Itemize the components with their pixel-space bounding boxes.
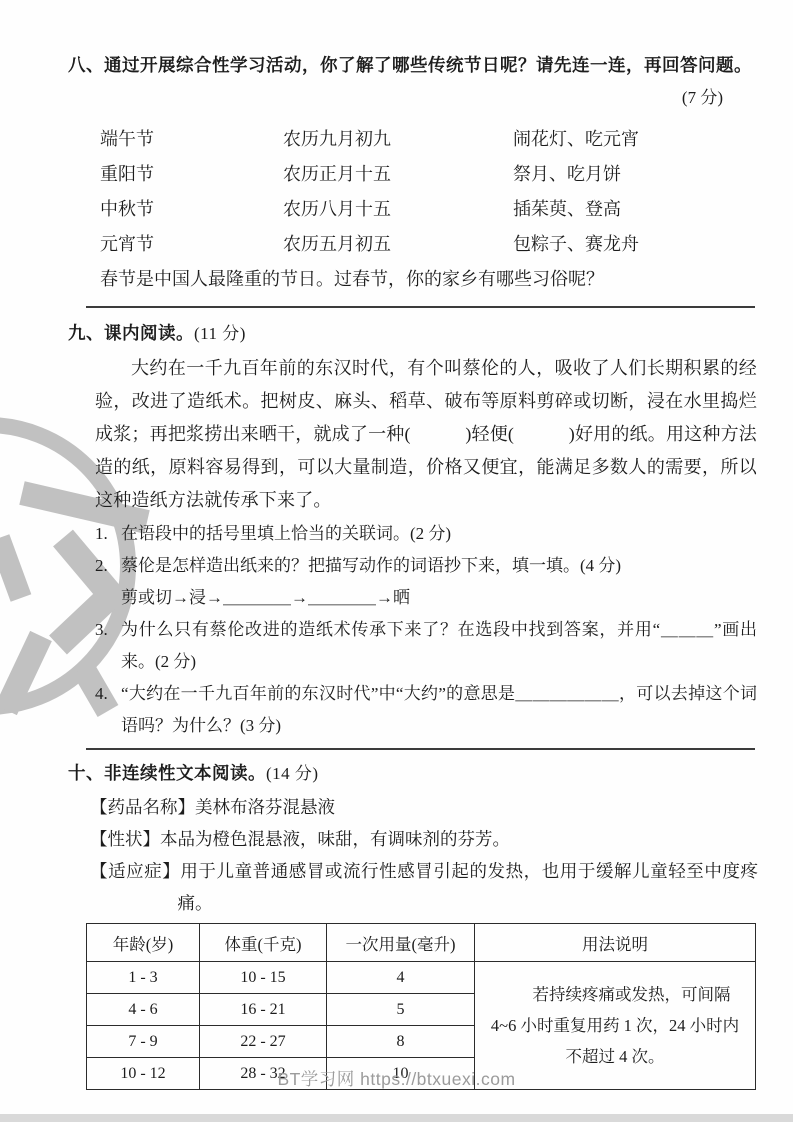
section9-title-text: 九、课内阅读。: [68, 323, 194, 343]
page-bottom-edge: [0, 1114, 793, 1122]
question-list: 1. 在语段中的括号里填上恰当的关联词。(2 分) 2. 蔡伦是怎样造出纸来的？…: [68, 518, 755, 742]
question-number: 1.: [95, 518, 121, 550]
cell-usage-note: 若持续疼痛或发热，可间隔 4~6 小时重复用药 1 次，24 小时内不超过 4 …: [475, 962, 756, 1090]
col-header-dose: 一次用量(毫升): [327, 924, 475, 962]
lunar-date: 农历八月十五: [283, 192, 513, 227]
dosage-table: 年龄(岁) 体重(千克) 一次用量(毫升) 用法说明 1 - 3 10 - 15…: [86, 923, 756, 1090]
section8-title: 八、通过开展综合性学习活动，你了解了哪些传统节日呢？请先连一连，再回答问题。: [68, 52, 755, 78]
question-text: “大约在一千九百年前的东汉时代”中“大约”的意思是＿＿＿＿＿＿，可以去掉这个词语…: [121, 678, 757, 742]
table-header-row: 年龄(岁) 体重(千克) 一次用量(毫升) 用法说明: [87, 924, 756, 962]
question-text: 蔡伦是怎样造出纸来的？把描写动作的词语抄下来，填一填。(4 分): [121, 550, 757, 582]
festival-name: 元宵节: [100, 227, 283, 262]
lunar-date: 农历九月初九: [283, 122, 513, 157]
question-item-2: 2. 蔡伦是怎样造出纸来的？把描写动作的词语抄下来，填一填。(4 分): [95, 550, 757, 582]
cell-weight: 16 - 21: [200, 994, 327, 1026]
question-text: 在语段中的括号里填上恰当的关联词。(2 分): [121, 518, 757, 550]
section-divider: [86, 748, 755, 750]
question-2-blank-sequence: 剪或切→浸→＿＿＿＿→＿＿＿＿→晒: [121, 582, 755, 614]
drug-indication-line: 【适应症】用于儿童普通感冒或流行性感冒引起的发热，也用于缓解儿童轻至中度疼痛。: [90, 855, 758, 919]
cell-dose: 10: [327, 1058, 475, 1090]
col-header-usage: 用法说明: [475, 924, 756, 962]
lunar-date: 农历正月十五: [283, 157, 513, 192]
drug-label-info: 【药品名称】美林布洛芬混悬液 【性状】本品为橙色混悬液，味甜，有调味剂的芬芳。 …: [90, 791, 755, 919]
reading-passage: 大约在一千九百年前的东汉时代，有个叫蔡伦的人，吸收了人们长期积累的经验，改进了造…: [95, 352, 757, 517]
cell-age: 7 - 9: [87, 1026, 200, 1058]
section-divider: [86, 306, 755, 308]
cell-age: 1 - 3: [87, 962, 200, 994]
question-item-3: 3. 为什么只有蔡伦改进的造纸术传承下来了？在选段中找到答案，并用“＿＿＿”画出…: [95, 614, 757, 678]
cell-weight: 10 - 15: [200, 962, 327, 994]
section10-title: 十、非连续性文本阅读。(14 分): [68, 760, 755, 787]
col-header-weight: 体重(千克): [200, 924, 327, 962]
custom-item: 闹花灯、吃元宵: [513, 122, 755, 157]
paper-content: 八、通过开展综合性学习活动，你了解了哪些传统节日呢？请先连一连，再回答问题。 (…: [0, 0, 793, 1090]
table-row: 1 - 3 10 - 15 4 若持续疼痛或发热，可间隔 4~6 小时重复用药 …: [87, 962, 756, 994]
cell-age: 4 - 6: [87, 994, 200, 1026]
custom-item: 包粽子、赛龙舟: [513, 227, 755, 262]
cell-dose: 4: [327, 962, 475, 994]
festival-name: 重阳节: [100, 157, 283, 192]
cell-age: 10 - 12: [87, 1058, 200, 1090]
cell-dose: 5: [327, 994, 475, 1026]
matching-exercise: 端午节 农历九月初九 闹花灯、吃元宵 重阳节 农历正月十五 祭月、吃月饼 中秋节…: [100, 122, 755, 262]
section10-title-text: 十、非连续性文本阅读。: [68, 763, 266, 783]
section10-score: (14 分): [266, 764, 319, 783]
question-text: 为什么只有蔡伦改进的造纸术传承下来了？在选段中找到答案，并用“＿＿＿”画出来。(…: [121, 614, 757, 678]
cell-weight: 28 - 32: [200, 1058, 327, 1090]
section8-score: (7 分): [68, 86, 755, 110]
section8-followup-question: 春节是中国人最隆重的节日。过春节，你的家乡有哪些习俗呢？: [100, 262, 755, 296]
section9-score: (11 分): [194, 324, 246, 343]
cell-weight: 22 - 27: [200, 1026, 327, 1058]
drug-character-line: 【性状】本品为橙色混悬液，味甜，有调味剂的芬芳。: [90, 823, 758, 855]
festival-name: 端午节: [100, 122, 283, 157]
lunar-date: 农历五月初五: [283, 227, 513, 262]
test-paper-page: 八、通过开展综合性学习活动，你了解了哪些传统节日呢？请先连一连，再回答问题。 (…: [0, 0, 793, 1122]
drug-name-line: 【药品名称】美林布洛芬混悬液: [90, 791, 758, 823]
col-header-age: 年龄(岁): [87, 924, 200, 962]
festival-name: 中秋节: [100, 192, 283, 227]
cell-dose: 8: [327, 1026, 475, 1058]
section9-title: 九、课内阅读。(11 分): [68, 320, 755, 347]
field-value: 本品为橙色混悬液，味甜，有调味剂的芬芳。: [160, 829, 510, 849]
field-label: 【适应症】: [90, 861, 180, 881]
custom-item: 祭月、吃月饼: [513, 157, 755, 192]
field-value: 用于儿童普通感冒或流行性感冒引起的发热，也用于缓解儿童轻至中度疼痛。: [178, 861, 759, 913]
question-number: 3.: [95, 614, 121, 678]
field-label: 【药品名称】: [90, 797, 195, 817]
question-item-4: 4. “大约在一千九百年前的东汉时代”中“大约”的意思是＿＿＿＿＿＿，可以去掉这…: [95, 678, 757, 742]
question-number: 2.: [95, 550, 121, 582]
custom-item: 插茱萸、登高: [513, 192, 755, 227]
field-label: 【性状】: [90, 829, 160, 849]
question-item-1: 1. 在语段中的括号里填上恰当的关联词。(2 分): [95, 518, 757, 550]
question-number: 4.: [95, 678, 121, 742]
field-value: 美林布洛芬混悬液: [195, 797, 335, 817]
